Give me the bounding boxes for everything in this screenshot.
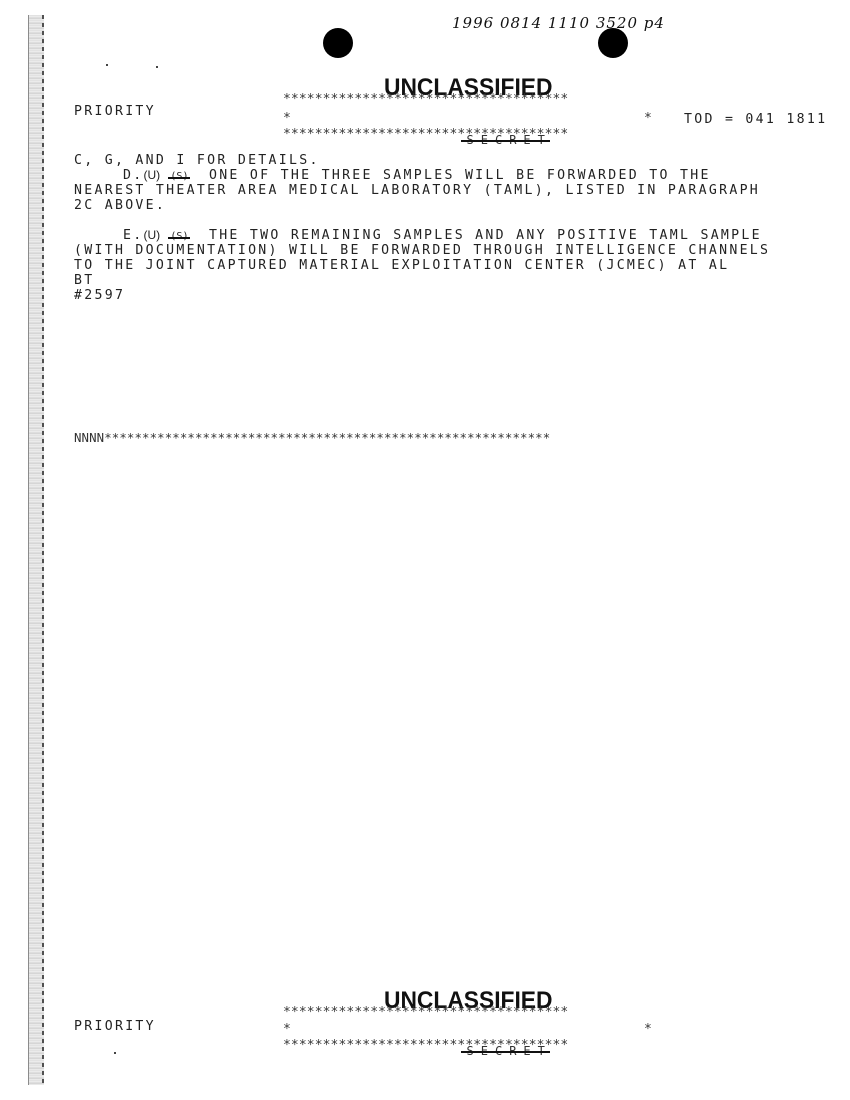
stars-row-bottom-left: *	[283, 1023, 291, 1036]
stars-row-bottom-1: ************************************	[283, 1006, 568, 1019]
para-e-label: E.	[123, 228, 143, 243]
bt-marker: BT	[74, 273, 94, 288]
punch-hole-right	[598, 28, 628, 58]
punch-hole-left	[323, 28, 353, 58]
para-e-portion-mark: (U)	[143, 228, 160, 242]
scan-speck	[114, 1052, 116, 1054]
handwritten-annotation: 1996 0814 1110 3520 p4	[452, 14, 665, 32]
scan-speck	[106, 64, 108, 66]
para-e-text-1: THE TWO REMAINING SAMPLES AND ANY POSITI…	[209, 228, 762, 243]
para-d-portion-mark: (U)	[143, 168, 160, 182]
precedence-label-bottom: PRIORITY	[74, 1019, 156, 1034]
message-number: #2597	[74, 288, 125, 303]
stars-row-bottom-2: ************************************	[283, 1039, 568, 1052]
para-d-text-1: ONE OF THE THREE SAMPLES WILL BE FORWARD…	[209, 168, 711, 183]
stars-row-top-1: ************************************	[283, 93, 568, 106]
stars-row-bottom-right: *	[644, 1023, 652, 1036]
scan-speck	[156, 66, 158, 68]
tod-stamp: TOD = 041 1811	[684, 112, 827, 127]
scan-margin-artifact	[28, 15, 44, 1085]
para-e-line-1: E.(U) (S) THE TWO REMAINING SAMPLES AND …	[123, 228, 762, 244]
end-of-message-line: NNNN************************************…	[74, 431, 550, 444]
para-e-line-3: TO THE JOINT CAPTURED MATERIAL EXPLOITAT…	[74, 258, 729, 273]
stars-row-top-2: ************************************	[283, 128, 568, 141]
stars-row-top-left: *	[283, 112, 291, 125]
para-d-line-3: 2C ABOVE.	[74, 198, 166, 213]
para-d-label: D.	[123, 168, 143, 183]
para-e-line-2: (WITH DOCUMENTATION) WILL BE FORWARDED T…	[74, 243, 770, 258]
para-d-line-1: D.(U) (S) ONE OF THE THREE SAMPLES WILL …	[123, 168, 711, 184]
precedence-label-top: PRIORITY	[74, 104, 156, 119]
para-e-struck-mark: (S)	[170, 229, 188, 244]
para-d-struck-mark: (S)	[170, 169, 188, 184]
para-d-line-2: NEAREST THEATER AREA MEDICAL LABORATORY …	[74, 183, 760, 198]
stars-row-top-right: *	[644, 112, 652, 125]
body-line-1: C, G, AND I FOR DETAILS.	[74, 153, 320, 168]
